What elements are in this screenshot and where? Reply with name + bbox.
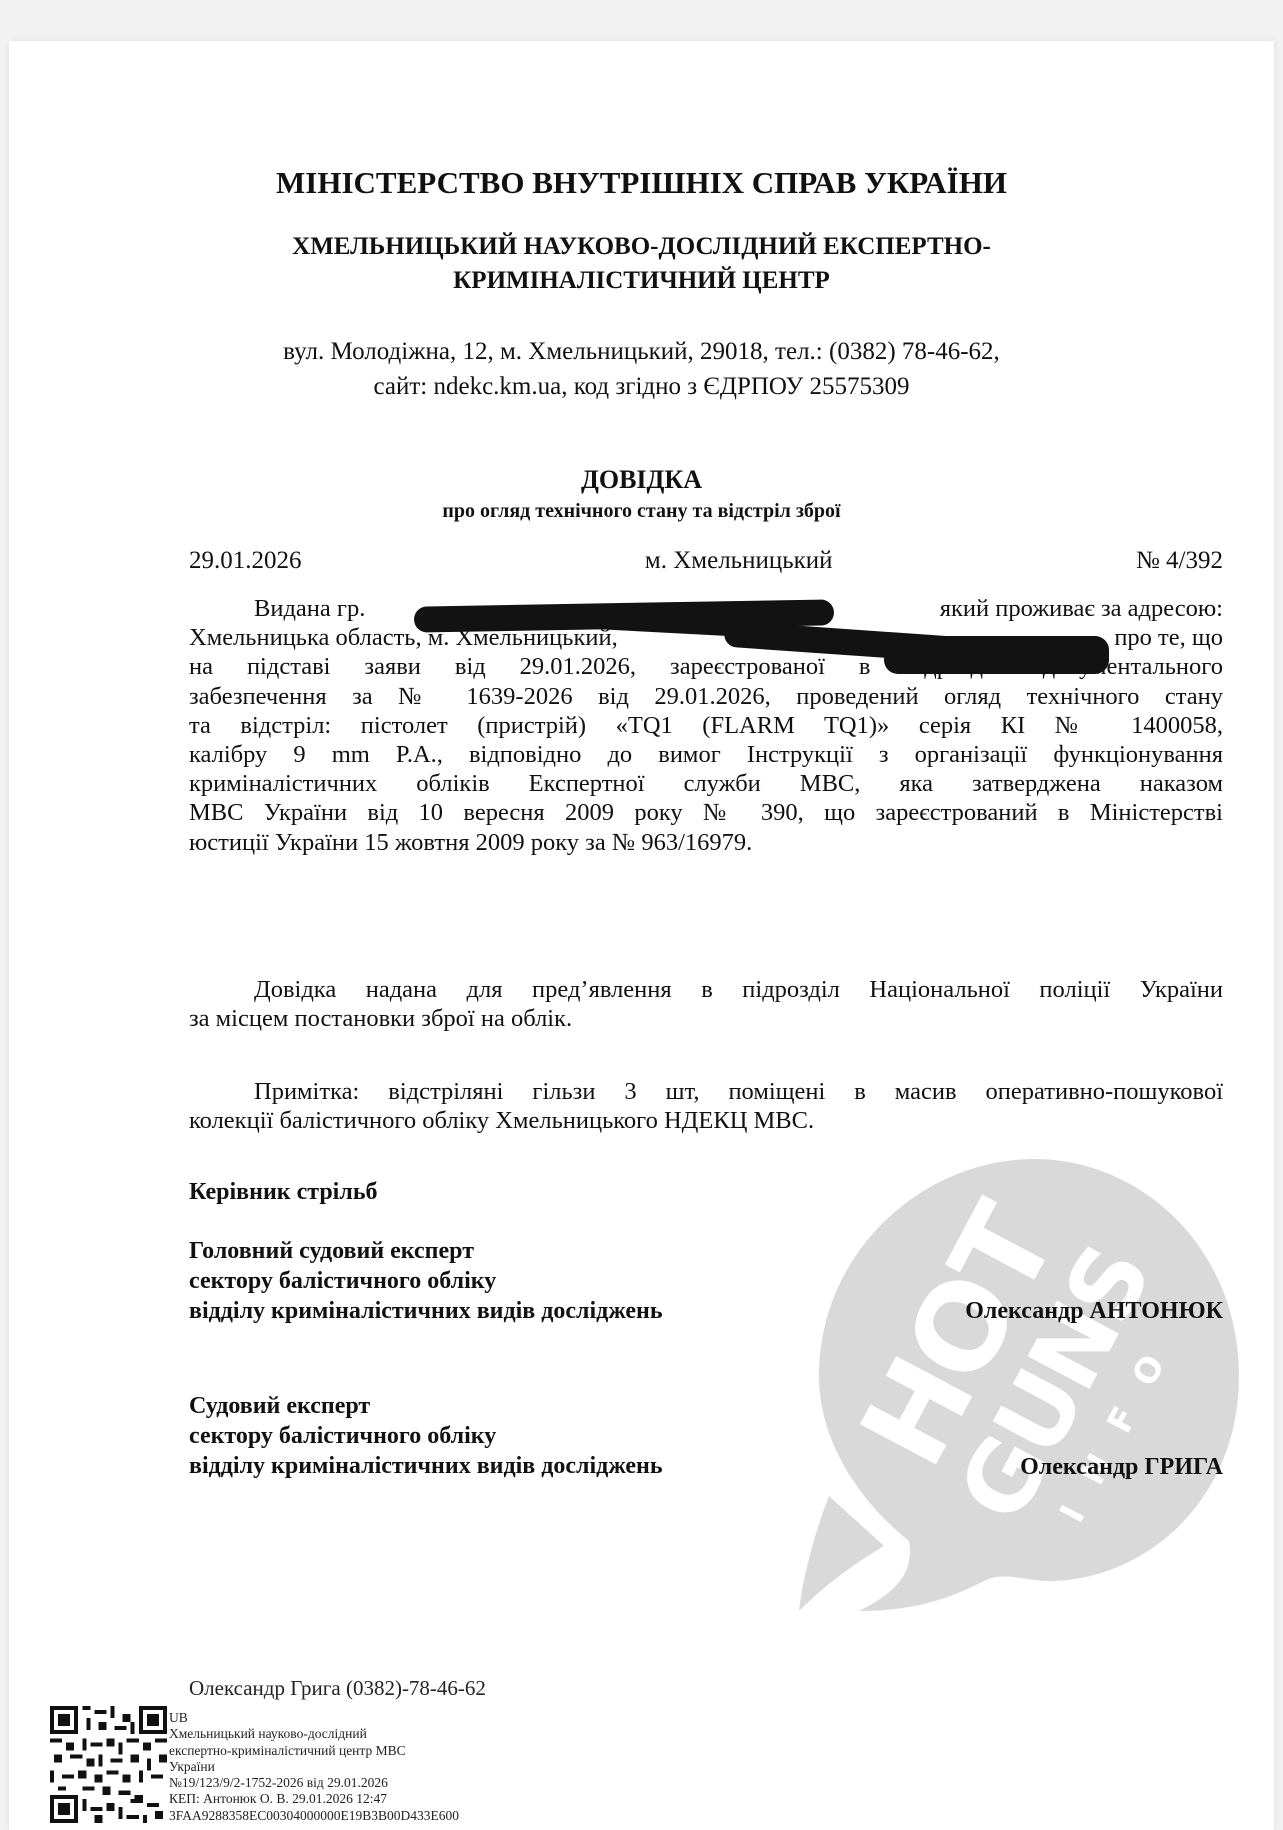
address-line2: сайт: ndekc.km.ua, код згідно з ЄДРПОУ 2… xyxy=(9,373,1274,401)
document-title: ДОВІДКА xyxy=(9,465,1274,495)
note-paragraph: Примітка: відстріляні гільзи 3 шт, поміщ… xyxy=(189,1077,1223,1135)
signer1-name: Олександр АНТОНЮК xyxy=(965,1298,1223,1325)
paragraph1-line8: МВС України від 10 вересня 2009 року № 3… xyxy=(189,798,1223,827)
ministry-heading: МІНІСТЕРСТВО ВНУТРІШНІХ СПРАВ УКРАЇНИ xyxy=(9,165,1274,201)
hotguns-watermark-icon: HOT GUNS INFO xyxy=(799,1141,1249,1641)
presentation-paragraph: Довідка надана для пред’явлення в підроз… xyxy=(189,975,1223,1033)
paragraph2-line2: за місцем постановки зброї на облік. xyxy=(189,1004,1223,1033)
paragraph3-line1: Примітка: відстріляні гільзи 3 шт, поміщ… xyxy=(189,1077,1223,1106)
paragraph1-line9: юстиції України 15 жовтня 2009 року за №… xyxy=(189,828,1223,857)
paragraph2-line1: Довідка надана для пред’явлення в підроз… xyxy=(189,975,1223,1004)
document-number: № 4/392 xyxy=(1136,547,1223,575)
redacted-address-block xyxy=(884,636,1109,674)
paragraph1-line6: калібру 9 mm P.A., відповідно до вимог І… xyxy=(189,740,1223,769)
shooting-supervisor-heading: Керівник стрільб xyxy=(189,1177,378,1207)
signer1-position: Головний судовий експерт сектору балісти… xyxy=(189,1236,663,1326)
document-meta-row: 29.01.2026 м. Хмельницький № 4/392 xyxy=(189,547,1223,575)
paragraph1-line7: криміналістичних обліків Експертної служ… xyxy=(189,769,1223,798)
qr-code-icon xyxy=(50,1706,167,1823)
document-city: м. Хмельницький xyxy=(645,547,833,575)
document-page: HOT GUNS INFO МІНІСТЕРСТВО ВНУТРІШНІХ СП… xyxy=(9,41,1274,1830)
electronic-signature-stamp: UB Хмельницький науково-дослідний експер… xyxy=(169,1710,459,1824)
address-line1: вул. Молодіжна, 12, м. Хмельницький, 290… xyxy=(9,338,1274,366)
paragraph1-line5: та відстріл: пістолет (пристрій) «TQ1 (F… xyxy=(189,711,1223,740)
signer2-name: Олександр ГРИГА xyxy=(1020,1454,1223,1481)
center-name-line1: ХМЕЛЬНИЦЬКИЙ НАУКОВО-ДОСЛІДНИЙ ЕКСПЕРТНО… xyxy=(9,233,1274,261)
document-date: 29.01.2026 xyxy=(189,547,302,575)
center-name-line2: КРИМІНАЛІСТИЧНИЙ ЦЕНТР xyxy=(9,267,1274,295)
signer2-position: Судовий експерт сектору балістичного обл… xyxy=(189,1391,663,1481)
executor-contact: Олександр Грига (0382)-78-46-62 xyxy=(189,1676,486,1701)
paragraph1-line4: забезпечення за № 1639-2026 від 29.01.20… xyxy=(189,682,1223,711)
paragraph3-line2: колекції балістичного обліку Хмельницько… xyxy=(189,1106,1223,1135)
document-subtitle: про огляд технічного стану та відстріл з… xyxy=(9,500,1274,523)
